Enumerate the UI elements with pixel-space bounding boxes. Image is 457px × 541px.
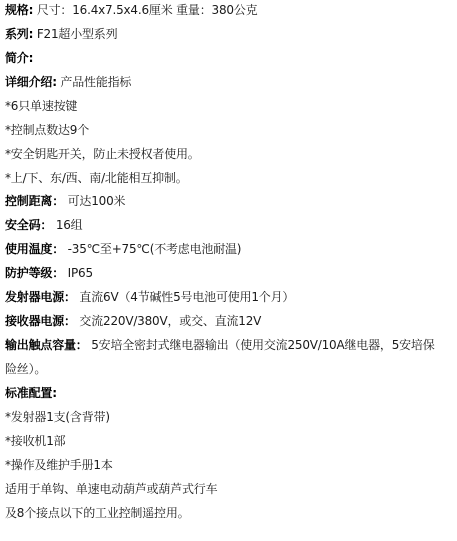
config-item: *操作及维护手册1本 xyxy=(5,457,113,473)
series-value: F21超小型系列 xyxy=(33,27,117,41)
param-protection-level: 防护等级： IP65 xyxy=(5,265,93,281)
config-item: *发射器1支(含背带) xyxy=(5,409,110,425)
param-value: 直流6V（4节碱性5号电池可使用1个月） xyxy=(76,290,294,304)
series-line: 系列: F21超小型系列 xyxy=(5,26,117,42)
param-receiver-power: 接收器电源： 交流220V/380V，或交、直流12V xyxy=(5,313,261,329)
detail-label: 详细介绍: xyxy=(5,75,57,89)
param-value: IP65 xyxy=(64,266,93,280)
detail-line: 详细介绍: 产品性能指标 xyxy=(5,74,131,90)
feature-item: *上/下、东/西、南/北能相互抑制。 xyxy=(5,170,188,186)
param-continuation: 险丝）。 xyxy=(5,361,46,377)
param-label: 发射器电源： xyxy=(5,290,76,304)
detail-value: 产品性能指标 xyxy=(57,75,131,89)
param-value: 交流220V/380V，或交、直流12V xyxy=(76,314,261,328)
param-label: 输出触点容量： xyxy=(5,338,88,352)
param-label: 防护等级： xyxy=(5,266,64,280)
param-label: 接收器电源： xyxy=(5,314,76,328)
application-line: 适用于单钩、单速电动葫芦或葫芦式行车 xyxy=(5,481,217,497)
param-label: 安全码： xyxy=(5,218,52,232)
param-transmitter-power: 发射器电源： 直流6V（4节碱性5号电池可使用1个月） xyxy=(5,289,294,305)
intro-label: 简介: xyxy=(5,51,33,65)
param-output-contact-capacity: 输出触点容量： 5安培全密封式继电器输出（使用交流250V/10A继电器，5安培… xyxy=(5,337,435,353)
feature-item: *6只单速按键 xyxy=(5,98,77,114)
param-label: 控制距离： xyxy=(5,194,64,208)
intro-line: 简介: xyxy=(5,50,33,66)
param-value: -35℃至+75℃(不考虑电池耐温) xyxy=(64,242,241,256)
param-value: 5安培全密封式继电器输出（使用交流250V/10A继电器，5安培保 xyxy=(88,338,435,352)
application-line: 及8个接点以下的工业控制遥控用。 xyxy=(5,505,189,521)
param-label: 使用温度： xyxy=(5,242,64,256)
feature-item: *安全钥匙开关，防止未授权者使用。 xyxy=(5,146,200,162)
spec-label: 规格: xyxy=(5,3,33,17)
param-value: 16组 xyxy=(52,218,82,232)
config-item: *接收机1部 xyxy=(5,433,65,449)
standard-config-heading: 标准配置: xyxy=(5,385,57,401)
param-temperature: 使用温度： -35℃至+75℃(不考虑电池耐温) xyxy=(5,241,241,257)
param-security-code: 安全码： 16组 xyxy=(5,217,83,233)
param-control-distance: 控制距离： 可达100米 xyxy=(5,193,125,209)
param-value: 可达100米 xyxy=(64,194,125,208)
feature-item: *控制点数达9个 xyxy=(5,122,89,138)
spec-line: 规格: 尺寸：16.4x7.5x4.6厘米 重量：380公克 xyxy=(5,2,257,18)
series-label: 系列: xyxy=(5,27,33,41)
spec-value: 尺寸：16.4x7.5x4.6厘米 重量：380公克 xyxy=(33,3,257,17)
standard-config-label: 标准配置: xyxy=(5,386,57,400)
